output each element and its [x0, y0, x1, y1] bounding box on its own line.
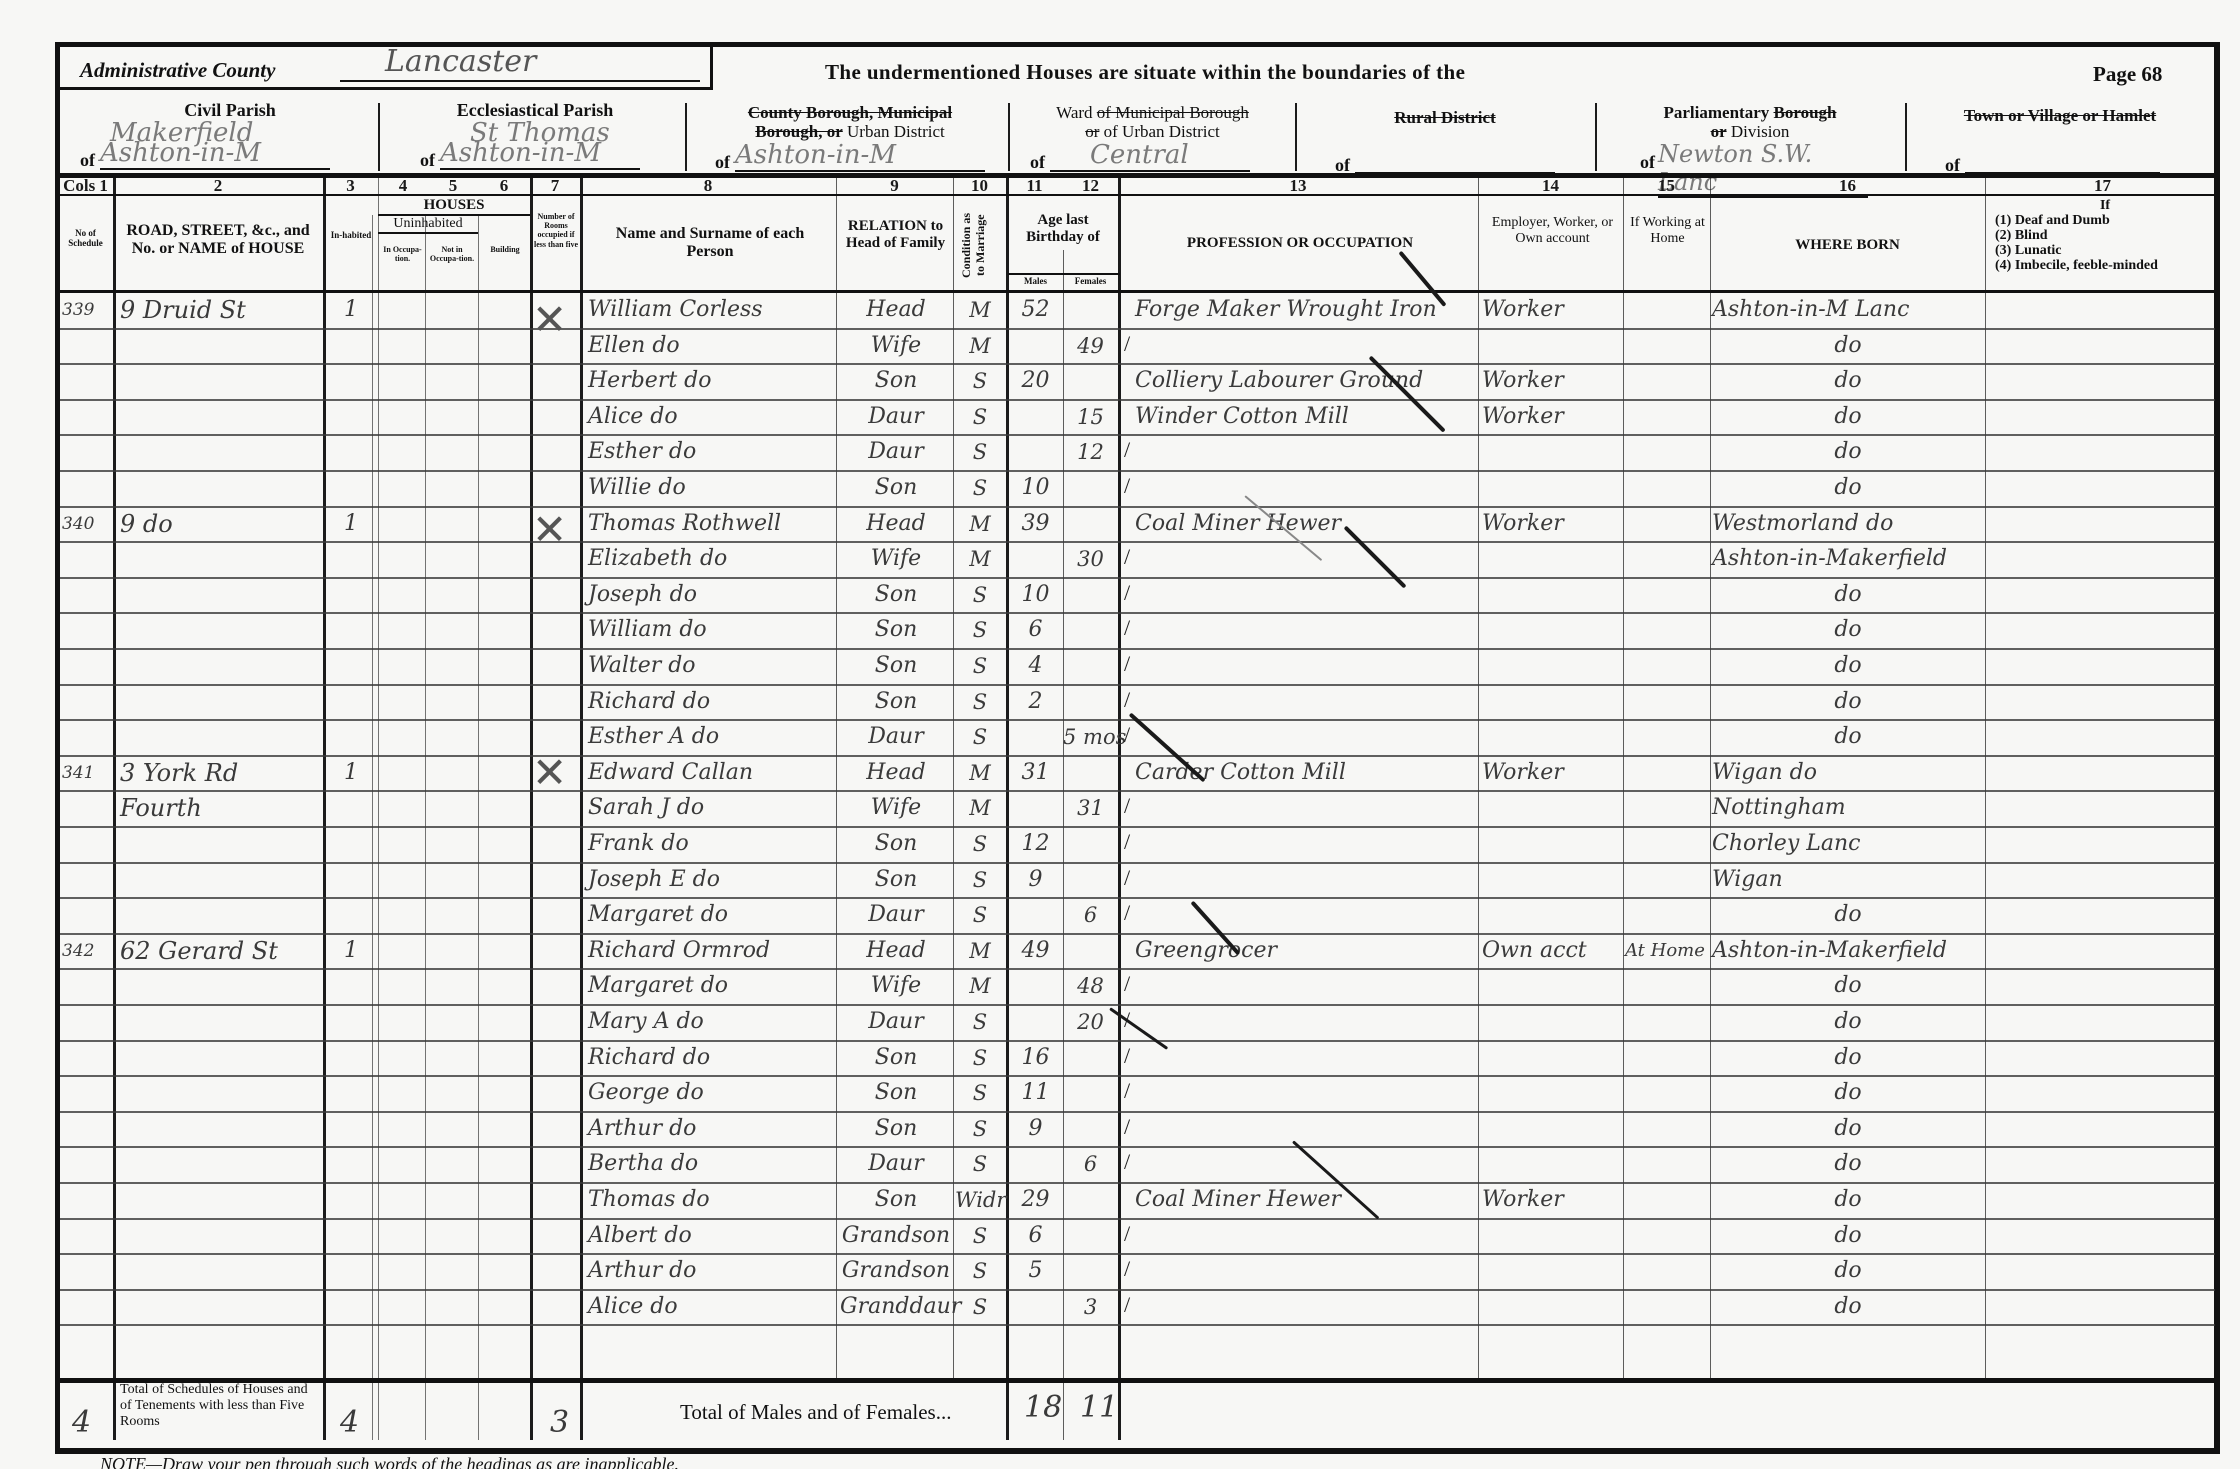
employer-status: Worker — [1482, 400, 1622, 434]
female-age: 6 — [1063, 1147, 1118, 1181]
birthplace: Ashton-in-Makerfield — [1712, 542, 1984, 576]
birthplace: Nottingham — [1712, 791, 1984, 825]
birthplace: do — [1712, 1219, 1984, 1253]
totals-rule — [58, 1378, 2218, 1383]
col-divider — [1118, 178, 1121, 1440]
col-divider — [953, 178, 954, 1378]
rural-district-label: Rural District — [1300, 108, 1590, 128]
birthplace: do — [1712, 613, 1984, 647]
page-label: Page — [2093, 62, 2136, 86]
infirmity-item: (2) Blind — [1995, 228, 2215, 243]
relation-to-head: Son — [840, 827, 952, 861]
person-name: Margaret do — [588, 898, 833, 932]
relation-to-head: Son — [840, 649, 952, 683]
birthplace: do — [1712, 578, 1984, 612]
page-number: 68 — [2141, 62, 2162, 86]
person-name: Margaret do — [588, 969, 833, 1003]
tick-mark-icon: / — [1124, 580, 1130, 606]
col-head-age: Age last Birthday of — [1010, 212, 1116, 247]
inhabited-count: 1 — [326, 507, 376, 541]
relation-to-head: Daur — [840, 1005, 952, 1039]
tick-mark-icon: / — [1124, 615, 1130, 641]
relation-to-head: Daur — [840, 400, 952, 434]
tick-mark-icon: / — [1124, 971, 1130, 997]
relation-to-head: Head — [840, 934, 952, 968]
urban-district-label: County Borough, Municipal Borough, or Ur… — [700, 103, 1000, 141]
tick-mark-icon: / — [1124, 1043, 1130, 1069]
relation-to-head: Son — [840, 613, 952, 647]
totals-females-value: 11 — [1080, 1390, 1118, 1425]
marital-condition: S — [955, 898, 1005, 932]
marital-condition: S — [955, 364, 1005, 398]
birthplace: Westmorland do — [1712, 507, 1984, 541]
relation-to-head: Son — [840, 578, 952, 612]
parliamentary-label: Parliamentary Borough or Division — [1600, 103, 1900, 141]
person-name: Joseph do — [588, 578, 833, 612]
occupation: Forge Maker Wrought Iron — [1135, 293, 1475, 327]
tick-mark-icon: / — [1124, 865, 1130, 891]
relation-to-head: Grandson — [840, 1254, 952, 1288]
admin-county-label: Administrative County — [80, 58, 275, 83]
tick-mark-icon: / — [1124, 687, 1130, 713]
col-head-where-born: WHERE BORN — [1710, 237, 1985, 254]
female-age: 49 — [1063, 329, 1118, 363]
ward-label-text: Ward — [1056, 103, 1092, 122]
birthplace: do — [1712, 400, 1984, 434]
marital-condition: S — [955, 863, 1005, 897]
road-address: 9 do — [120, 507, 320, 541]
header-divider — [1905, 103, 1907, 171]
col-head-rooms: Number of Rooms occupied if less than fi… — [532, 212, 580, 249]
cross-mark: ✕ — [532, 295, 567, 345]
person-name: Bertha do — [588, 1147, 833, 1181]
tick-mark-icon: / — [1124, 793, 1130, 819]
tick-mark-icon: / — [1124, 437, 1130, 463]
relation-to-head: Granddaur — [840, 1290, 952, 1324]
person-name: Arthur do — [588, 1112, 833, 1146]
col-head-employer: Employer, Worker, or Own account — [1485, 215, 1620, 247]
col-divider — [378, 178, 379, 1440]
totals-inhabited-value: 4 — [340, 1405, 359, 1440]
col-number: 5 — [428, 176, 478, 194]
relation-to-head: Wife — [840, 791, 952, 825]
col-head-building: Building — [480, 245, 530, 254]
col-head-uninhabited: Uninhabited — [378, 216, 478, 234]
employer-status: Worker — [1482, 756, 1622, 790]
col-divider — [323, 178, 326, 1440]
col-head-not-in-occupation: Not in Occupa-tion. — [428, 245, 476, 263]
header-divider — [685, 103, 687, 171]
tick-mark-icon: / — [1124, 651, 1130, 677]
col-number: Cols 1 — [58, 176, 113, 194]
birthplace: do — [1712, 1183, 1984, 1217]
marital-condition: S — [955, 1254, 1005, 1288]
col-divider — [836, 178, 837, 1378]
tick-mark-icon: / — [1124, 900, 1130, 926]
relation-to-head: Head — [840, 756, 952, 790]
female-age: 3 — [1063, 1290, 1118, 1324]
relation-to-head: Son — [840, 364, 952, 398]
person-name: Thomas do — [588, 1183, 833, 1217]
marital-condition: M — [955, 934, 1005, 968]
male-age: 4 — [1008, 649, 1063, 683]
col-head-houses: HOUSES — [378, 197, 530, 216]
col-divider — [113, 178, 116, 1440]
male-age: 52 — [1008, 293, 1063, 327]
tick-mark-icon: / — [1124, 331, 1130, 357]
relation-to-head: Head — [840, 507, 952, 541]
col-number: 4 — [378, 176, 428, 194]
person-name: Richard do — [588, 1041, 833, 1075]
employer-status: Worker — [1482, 364, 1622, 398]
relation-to-head: Daur — [840, 898, 952, 932]
marital-condition: S — [955, 1005, 1005, 1039]
birthplace: do — [1712, 1076, 1984, 1110]
relation-to-head: Wife — [840, 969, 952, 1003]
birthplace: do — [1712, 720, 1984, 754]
person-name: Joseph E do — [588, 863, 833, 897]
col-head-at-home: If Working at Home — [1625, 215, 1710, 247]
tick-mark-icon: / — [1124, 1221, 1130, 1247]
occupation: Colliery Labourer Ground — [1135, 364, 1475, 398]
urban-district-of: of — [715, 152, 730, 173]
admin-county-value: Lancaster — [385, 44, 536, 79]
female-age: 15 — [1063, 400, 1118, 434]
road-address: 3 York Rd — [120, 756, 320, 790]
birthplace: do — [1712, 1005, 1984, 1039]
female-age: 12 — [1063, 435, 1118, 469]
marital-condition: S — [955, 435, 1005, 469]
male-age: 29 — [1008, 1183, 1063, 1217]
totals-males-value: 18 — [1024, 1390, 1062, 1425]
col-number: 15 — [1623, 176, 1710, 194]
infirmity-if: If — [1995, 198, 2215, 213]
ward-value: Central — [1050, 140, 1250, 172]
person-name: Herbert do — [588, 364, 833, 398]
tick-mark-icon: / — [1124, 722, 1130, 748]
employer-status: Worker — [1482, 293, 1622, 327]
person-name: Walter do — [588, 649, 833, 683]
col-divider — [580, 178, 583, 1440]
col-number: 11 — [1006, 176, 1063, 194]
female-age: 6 — [1063, 898, 1118, 932]
civil-parish-value-2: Ashton-in-M — [100, 138, 330, 170]
relation-to-head: Son — [840, 1183, 952, 1217]
col-divider — [1985, 178, 1986, 1378]
occupation: Winder Cotton Mill — [1135, 400, 1475, 434]
relation-to-head: Son — [840, 685, 952, 719]
totals-schedules-label: Total of Schedules of Houses and of Tene… — [120, 1382, 320, 1430]
birthplace: Wigan — [1712, 863, 1984, 897]
marital-condition: S — [955, 827, 1005, 861]
birthplace: do — [1712, 329, 1984, 363]
birthplace: Ashton-in-M Lanc — [1712, 293, 1984, 327]
col-divider — [530, 178, 533, 1440]
tick-mark-icon: / — [1124, 1078, 1130, 1104]
relation-to-head: Head — [840, 293, 952, 327]
relation-to-head: Son — [840, 1112, 952, 1146]
header-divider — [1295, 103, 1297, 171]
birthplace: Wigan do — [1712, 756, 1984, 790]
relation-to-head: Son — [840, 1041, 952, 1075]
birthplace: do — [1712, 435, 1984, 469]
col-head-females: Females — [1063, 276, 1118, 286]
birthplace: do — [1712, 1112, 1984, 1146]
employer-status: Own acct — [1482, 934, 1622, 968]
person-name: Alice do — [588, 400, 833, 434]
age-subheader-rule — [1008, 273, 1120, 275]
col-number: 7 — [530, 176, 580, 194]
birthplace: do — [1712, 649, 1984, 683]
marital-condition: S — [955, 720, 1005, 754]
marital-condition: S — [955, 1041, 1005, 1075]
tick-mark-icon: / — [1124, 829, 1130, 855]
relation-to-head: Daur — [840, 435, 952, 469]
marital-condition: S — [955, 1147, 1005, 1181]
male-age: 6 — [1008, 613, 1063, 647]
infirmity-item: (1) Deaf and Dumb — [1995, 213, 2215, 228]
col-number: 12 — [1063, 176, 1118, 194]
header-divider — [1595, 103, 1597, 171]
male-age: 12 — [1008, 827, 1063, 861]
road-address: 9 Druid St — [120, 293, 320, 327]
page-number-label: Page 68 — [2093, 62, 2162, 87]
person-name: Elizabeth do — [588, 542, 833, 576]
col-number: 3 — [323, 176, 378, 194]
struck-text: Borough — [1774, 103, 1837, 122]
relation-to-head: Son — [840, 863, 952, 897]
struck-text: of Municipal Borough — [1097, 103, 1249, 122]
inhabited-count: 1 — [326, 756, 376, 790]
marital-condition: M — [955, 507, 1005, 541]
col-number: 16 — [1710, 176, 1985, 194]
col-head-infirmity: If (1) Deaf and Dumb (2) Blind (3) Lunat… — [1995, 198, 2215, 273]
totals-rooms-value: 3 — [550, 1405, 569, 1440]
male-age: 10 — [1008, 578, 1063, 612]
col-head-condition: Condition as to Marriage — [960, 208, 1000, 283]
infirmity-item: (3) Lunatic — [1995, 243, 2215, 258]
marital-condition: S — [955, 471, 1005, 505]
person-name: George do — [588, 1076, 833, 1110]
ward-label: Ward of Municipal Borough or of Urban Di… — [1015, 103, 1290, 141]
female-age: 5 mos — [1063, 720, 1118, 754]
relation-to-head: Son — [840, 1076, 952, 1110]
male-age: 10 — [1008, 471, 1063, 505]
struck-text: County Borough, Municipal — [748, 103, 952, 122]
birthplace: do — [1712, 1254, 1984, 1288]
birthplace: Chorley Lanc — [1712, 827, 1984, 861]
col-head-occupation: PROFESSION OR OCCUPATION — [1140, 235, 1460, 252]
relation-to-head: Son — [840, 471, 952, 505]
cross-mark: ✕ — [532, 748, 567, 798]
parliamentary-label-text-2: Division — [1731, 122, 1790, 141]
male-age: 6 — [1008, 1219, 1063, 1253]
person-name: Mary A do — [588, 1005, 833, 1039]
col-head-in-occupation: In Occupa-tion. — [380, 245, 425, 263]
person-name: William Corless — [588, 293, 833, 327]
schedule-number: 339 — [62, 293, 112, 327]
col-number: 10 — [953, 176, 1006, 194]
birthplace: Ashton-in-Makerfield — [1712, 934, 1984, 968]
totals-schedules-value: 4 — [72, 1405, 91, 1440]
birthplace: do — [1712, 1290, 1984, 1324]
birthplace: do — [1712, 1147, 1984, 1181]
marital-condition: S — [955, 613, 1005, 647]
urban-district-value: Ashton-in-M — [735, 140, 985, 172]
marital-condition: S — [955, 685, 1005, 719]
schedule-number: 342 — [62, 934, 112, 968]
relation-to-head: Wife — [840, 542, 952, 576]
male-age: 20 — [1008, 364, 1063, 398]
parliamentary-of: of — [1640, 152, 1655, 173]
col-head-inhabited: In-habited — [326, 230, 376, 240]
town-village-label: Town or Village or Hamlet — [1910, 106, 2210, 126]
person-name: Richard do — [588, 685, 833, 719]
occupation: Greengrocer — [1135, 934, 1475, 968]
col-head-road: ROAD, STREET, &c., and No. or NAME of HO… — [113, 222, 323, 259]
page-note: NOTE—Draw your pen through such words of… — [100, 1454, 679, 1469]
tick-mark-icon: / — [1124, 544, 1130, 570]
person-name: William do — [588, 613, 833, 647]
tick-mark-icon: / — [1124, 1114, 1130, 1140]
header-divider — [1008, 103, 1010, 171]
marital-condition: M — [955, 293, 1005, 327]
relation-to-head: Grandson — [840, 1219, 952, 1253]
birthplace: do — [1712, 969, 1984, 1003]
occupation: Coal Miner Hewer — [1135, 1183, 1475, 1217]
parliamentary-label-text: Parliamentary — [1664, 103, 1770, 122]
person-name: Richard Ormrod — [588, 934, 833, 968]
person-name: Arthur do — [588, 1254, 833, 1288]
struck-text: or — [1711, 122, 1727, 141]
col-number: 14 — [1478, 176, 1623, 194]
male-age: 16 — [1008, 1041, 1063, 1075]
inhabited-count: 1 — [326, 934, 376, 968]
header-divider — [378, 103, 380, 171]
row-rule — [60, 1324, 2215, 1326]
col-divider — [1710, 178, 1711, 1378]
col-number: 17 — [1985, 176, 2220, 194]
road-address: Fourth — [120, 791, 320, 825]
tick-mark-icon: / — [1124, 1292, 1130, 1318]
tick-mark-icon: / — [1124, 1256, 1130, 1282]
county-underline — [340, 80, 700, 82]
birthplace: do — [1712, 898, 1984, 932]
tick-mark-icon: / — [1124, 473, 1130, 499]
male-age: 5 — [1008, 1254, 1063, 1288]
col-number: 9 — [836, 176, 953, 194]
marital-condition: S — [955, 1112, 1005, 1146]
marital-condition: S — [955, 1290, 1005, 1324]
marital-condition: S — [955, 578, 1005, 612]
marital-condition: Widr — [955, 1183, 1005, 1217]
marital-condition: M — [955, 542, 1005, 576]
col-number: 6 — [478, 176, 530, 194]
schedule-number: 340 — [62, 507, 112, 541]
person-name: Willie do — [588, 471, 833, 505]
struck-text: Borough, or — [755, 122, 843, 141]
marital-condition: S — [955, 649, 1005, 683]
colnum-rule — [58, 194, 2218, 196]
person-name: Esther do — [588, 435, 833, 469]
person-name: Ellen do — [588, 329, 833, 363]
person-name: Alice do — [588, 1290, 833, 1324]
col-head-name: Name and Surname of each Person — [600, 225, 820, 262]
col-number: 13 — [1118, 176, 1478, 194]
person-name: Frank do — [588, 827, 833, 861]
male-age: 9 — [1008, 1112, 1063, 1146]
male-age: 39 — [1008, 507, 1063, 541]
infirmity-item: (4) Imbecile, feeble-minded — [1995, 258, 2215, 273]
road-address: 62 Gerard St — [120, 934, 320, 968]
col-number: 2 — [113, 176, 323, 194]
birthplace: do — [1712, 685, 1984, 719]
marital-condition: M — [955, 329, 1005, 363]
birthplace: do — [1712, 364, 1984, 398]
female-age: 30 — [1063, 542, 1118, 576]
totals-males-females-label: Total of Males and of Females... — [680, 1400, 951, 1425]
ward-of: of — [1030, 152, 1045, 173]
relation-to-head: Daur — [840, 720, 952, 754]
occupation: Coal Miner Hewer — [1135, 507, 1475, 541]
inhabited-count: 1 — [326, 293, 376, 327]
ecclesiastical-parish-value-2: Ashton-in-M — [440, 138, 640, 170]
tick-mark-icon: / — [1124, 1149, 1130, 1175]
person-name: Edward Callan — [588, 756, 833, 790]
marital-condition: S — [955, 1076, 1005, 1110]
civil-parish-of: of — [80, 150, 95, 171]
marital-condition: M — [955, 756, 1005, 790]
birthplace: do — [1712, 1041, 1984, 1075]
col-head-males: Males — [1008, 276, 1063, 286]
working-at-home: At Home — [1625, 934, 1709, 968]
ecclesiastical-parish-of: of — [420, 150, 435, 171]
urban-district-label-text: Urban District — [847, 122, 945, 141]
male-age: 2 — [1008, 685, 1063, 719]
col-divider — [1478, 178, 1479, 1378]
person-name: Thomas Rothwell — [588, 507, 833, 541]
person-name: Albert do — [588, 1219, 833, 1253]
female-age: 48 — [1063, 969, 1118, 1003]
person-name: Esther A do — [588, 720, 833, 754]
female-age: 31 — [1063, 791, 1118, 825]
schedule-number: 341 — [62, 756, 112, 790]
town-village-value — [1965, 150, 2160, 174]
cross-mark: ✕ — [532, 505, 567, 555]
rural-district-value — [1355, 150, 1555, 174]
male-age: 9 — [1008, 863, 1063, 897]
marital-condition: S — [955, 1219, 1005, 1253]
col-divider — [1623, 178, 1624, 1378]
col-number: 8 — [580, 176, 836, 194]
employer-status: Worker — [1482, 1183, 1622, 1217]
birthplace: do — [1712, 471, 1984, 505]
marital-condition: M — [955, 969, 1005, 1003]
struck-text: or — [1085, 122, 1099, 141]
page-title: The undermentioned Houses are situate wi… — [825, 60, 1465, 85]
col-head-schedule: No of Schedule — [58, 228, 113, 249]
employer-status: Worker — [1482, 507, 1622, 541]
relation-to-head: Daur — [840, 1147, 952, 1181]
col-head-relation: RELATION to Head of Family — [838, 218, 953, 253]
marital-condition: S — [955, 400, 1005, 434]
male-age: 49 — [1008, 934, 1063, 968]
male-age: 31 — [1008, 756, 1063, 790]
marital-condition: M — [955, 791, 1005, 825]
relation-to-head: Wife — [840, 329, 952, 363]
ward-label-text-2: of Urban District — [1104, 122, 1220, 141]
person-name: Sarah J do — [588, 791, 833, 825]
